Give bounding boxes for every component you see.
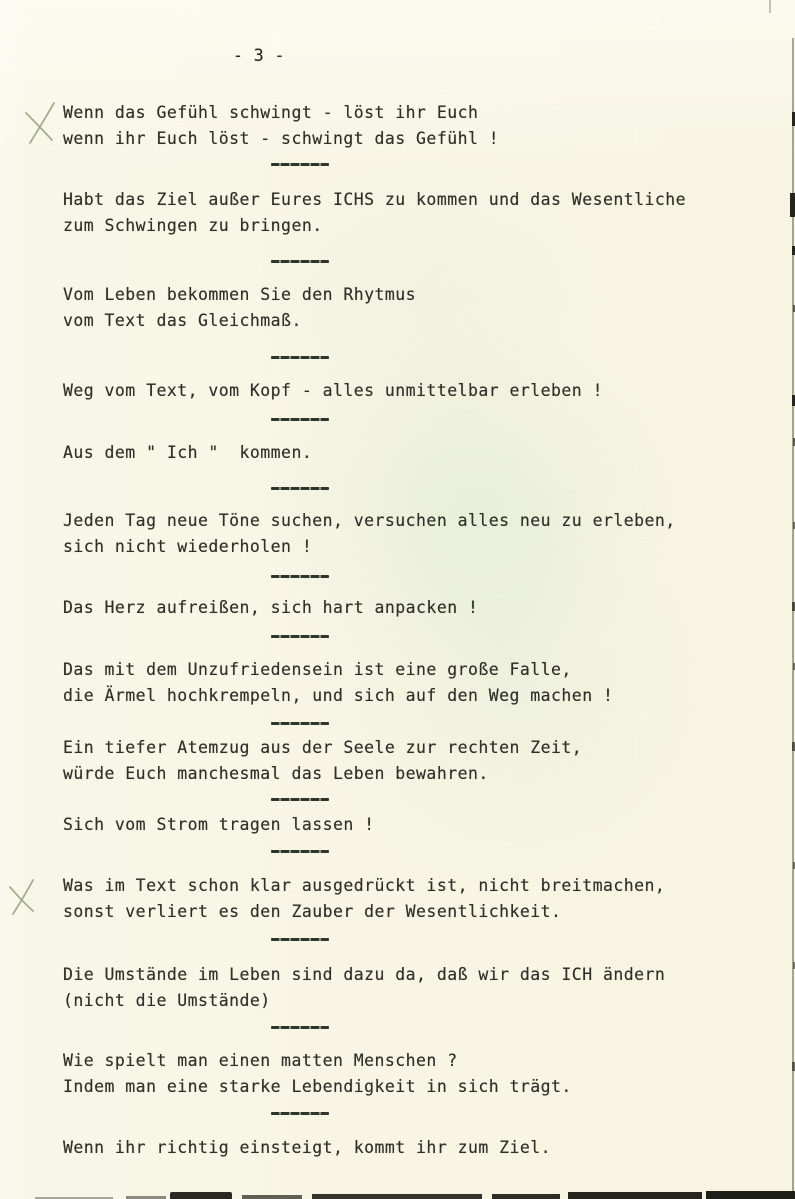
aphorism-block: Weg vom Text, vom Kopf - alles unmittelb… <box>63 378 763 404</box>
aphorism-block: Jeden Tag neue Töne suchen, versuchen al… <box>63 508 763 560</box>
section-divider <box>271 1112 329 1115</box>
section-divider <box>271 163 329 166</box>
section-divider <box>271 798 329 801</box>
scan-bottom-artifact <box>170 1192 232 1199</box>
text-line: sonst verliert es den Zauber der Wesentl… <box>63 899 763 925</box>
section-divider <box>271 487 329 490</box>
page-number: - 3 - <box>233 46 285 65</box>
text-line: Das mit dem Unzufriedensein ist eine gro… <box>63 657 763 683</box>
aphorism-block: Was im Text schon klar ausgedrückt ist, … <box>63 873 763 925</box>
scanned-document-page: - 3 - Wenn das Gefühl schwingt - löst ih… <box>0 0 795 1199</box>
aphorism-block: Aus dem " Ich " kommen. <box>63 440 763 466</box>
section-divider <box>271 938 329 941</box>
text-line: würde Euch manchesmal das Leben bewahren… <box>63 761 763 787</box>
section-divider <box>271 850 329 853</box>
section-divider <box>271 1026 329 1029</box>
scan-bottom-artifact <box>568 1192 702 1199</box>
text-line: Die Umstände im Leben sind dazu da, daß … <box>63 962 763 988</box>
text-line: Vom Leben bekommen Sie den Rhytmus <box>63 282 763 308</box>
aphorism-block: Vom Leben bekommen Sie den Rhytmusvom Te… <box>63 282 763 334</box>
text-line: vom Text das Gleichmaß. <box>63 308 763 334</box>
aphorism-block: Wenn das Gefühl schwingt - löst ihr Euch… <box>63 100 763 152</box>
text-line: Was im Text schon klar ausgedrückt ist, … <box>63 873 763 899</box>
aphorism-block: Habt das Ziel außer Eures ICHS zu kommen… <box>63 187 763 239</box>
section-divider <box>271 356 329 359</box>
text-line: wenn ihr Euch löst - schwingt das Gefühl… <box>63 126 763 152</box>
aphorism-block: Die Umstände im Leben sind dazu da, daß … <box>63 962 763 1014</box>
section-divider <box>271 260 329 263</box>
text-line: Jeden Tag neue Töne suchen, versuchen al… <box>63 508 763 534</box>
text-line: Das Herz aufreißen, sich hart anpacken ! <box>63 595 763 621</box>
text-line: Wenn ihr richtig einsteigt, kommt ihr zu… <box>63 1135 763 1161</box>
scan-bottom-artifact <box>242 1195 302 1199</box>
text-line: Ein tiefer Atemzug aus der Seele zur rec… <box>63 735 763 761</box>
text-line: Wenn das Gefühl schwingt - löst ihr Euch <box>63 100 763 126</box>
text-line: Weg vom Text, vom Kopf - alles unmittelb… <box>63 378 763 404</box>
scan-bottom-artifact <box>312 1194 482 1199</box>
scan-edge-artifact <box>769 0 771 13</box>
aphorism-block: Wie spielt man einen matten Menschen ?In… <box>63 1048 763 1100</box>
aphorism-block: Sich vom Strom tragen lassen ! <box>63 812 763 838</box>
handwritten-x-mark <box>6 877 40 917</box>
scan-bottom-artifact <box>0 1187 795 1199</box>
text-line: die Ärmel hochkrempeln, und sich auf den… <box>63 683 763 709</box>
scan-bottom-artifact <box>706 1191 795 1199</box>
section-divider <box>271 575 329 578</box>
text-line: (nicht die Umstände) <box>63 988 763 1014</box>
aphorism-block: Das mit dem Unzufriedensein ist eine gro… <box>63 657 763 709</box>
aphorism-block: Ein tiefer Atemzug aus der Seele zur rec… <box>63 735 763 787</box>
text-line: Habt das Ziel außer Eures ICHS zu kommen… <box>63 187 763 213</box>
section-divider <box>271 418 329 421</box>
text-line: sich nicht wiederholen ! <box>63 534 763 560</box>
section-divider <box>271 722 329 725</box>
text-line: Wie spielt man einen matten Menschen ? <box>63 1048 763 1074</box>
section-divider <box>271 635 329 638</box>
text-line: Aus dem " Ich " kommen. <box>63 440 763 466</box>
text-line: Indem man eine starke Lebendigkeit in si… <box>63 1074 763 1100</box>
text-line: Sich vom Strom tragen lassen ! <box>63 812 763 838</box>
aphorism-block: Wenn ihr richtig einsteigt, kommt ihr zu… <box>63 1135 763 1161</box>
aphorism-block: Das Herz aufreißen, sich hart anpacken ! <box>63 595 763 621</box>
text-line: zum Schwingen zu bringen. <box>63 213 763 239</box>
handwritten-x-mark <box>21 100 61 146</box>
scan-edge-artifact <box>790 193 795 217</box>
scan-bottom-artifact <box>492 1194 560 1199</box>
